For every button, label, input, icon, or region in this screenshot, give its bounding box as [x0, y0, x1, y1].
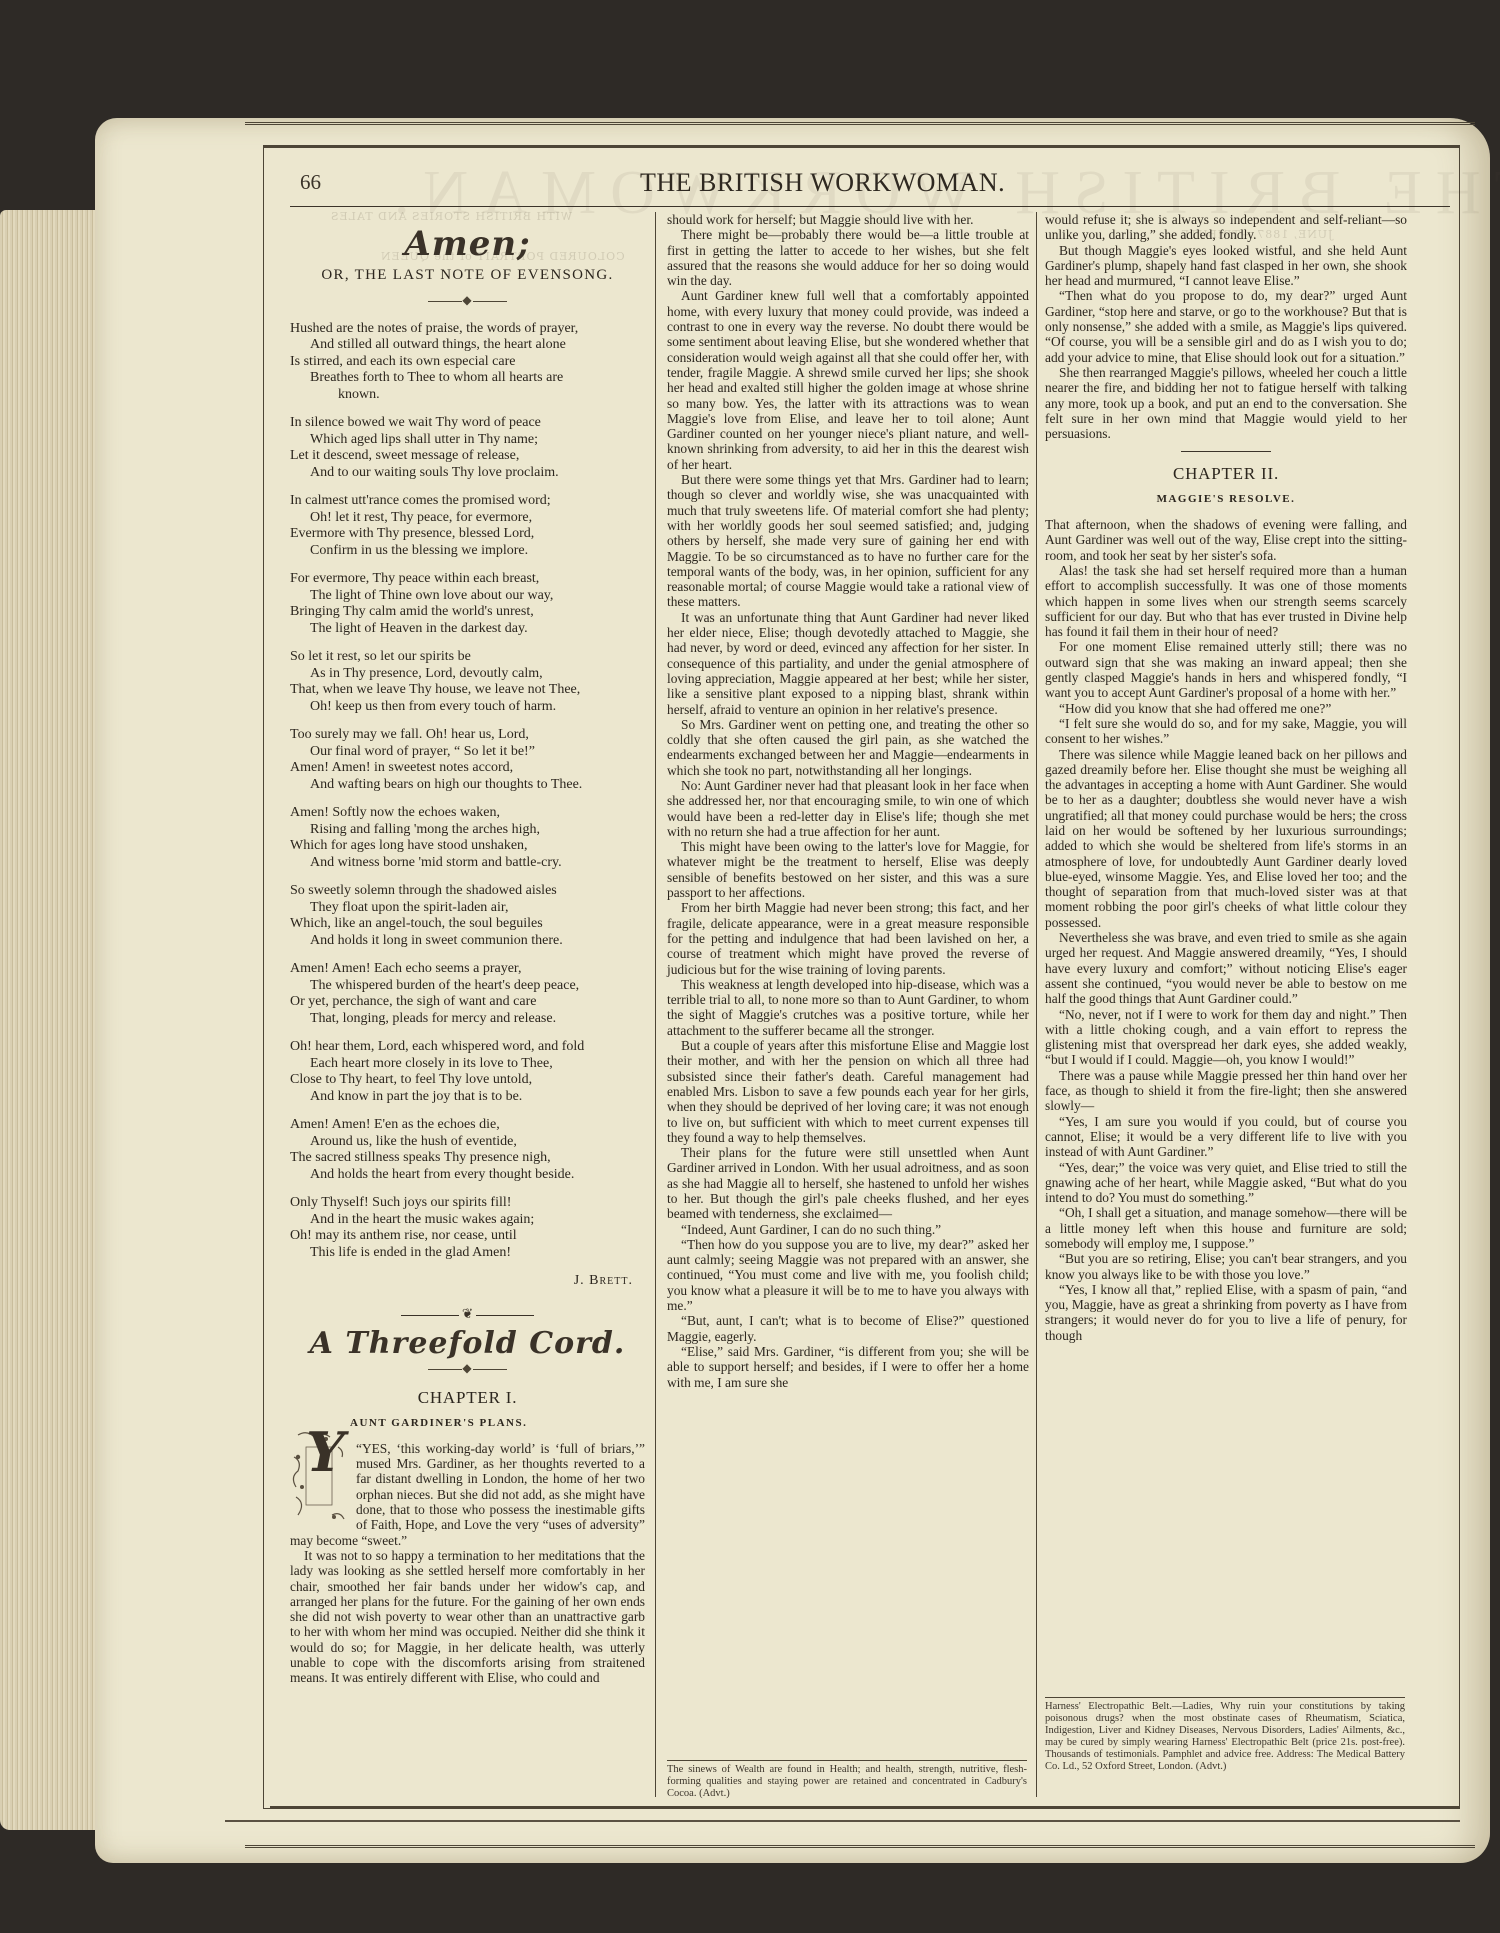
poem-line: Which aged lips shall utter in Thy name;: [290, 432, 645, 449]
poem-stanza: Amen! Softly now the echoes waken,Rising…: [290, 805, 645, 871]
paragraph: “Elise,” said Mrs. Gardiner, “is differe…: [667, 1344, 1029, 1390]
poem-line: Oh! keep us then from every touch of har…: [290, 699, 645, 716]
paragraph: “But you are so retiring, Elise; you can…: [1045, 1251, 1407, 1282]
poem-line: Rising and falling 'mong the arches high…: [290, 822, 645, 839]
paragraph: “Indeed, Aunt Gardiner, I can do no such…: [667, 1222, 1029, 1237]
poem-line: Let it descend, sweet message of release…: [290, 448, 645, 465]
poem-stanza: So let it rest, so let our spirits beAs …: [290, 649, 645, 715]
poem-line: Around us, like the hush of eventide,: [290, 1134, 645, 1151]
poem-line: Which, like an angel-touch, the soul beg…: [290, 916, 645, 933]
paragraph: She then rearranged Maggie's pillows, wh…: [1045, 365, 1407, 441]
poem-line: That, when we leave Thy house, we leave …: [290, 682, 645, 699]
paragraph: No: Aunt Gardiner never had that pleasan…: [667, 778, 1029, 839]
paragraph: But though Maggie's eyes looked wistful,…: [1045, 243, 1407, 289]
poem-author: J. Brett.: [290, 1273, 645, 1288]
poem-stanza: Hushed are the notes of praise, the word…: [290, 321, 645, 404]
paragraph: This might have been owing to the latter…: [667, 839, 1029, 900]
poem-line: That, longing, pleads for mercy and rele…: [290, 1011, 645, 1028]
chapter-subheading: AUNT GARDINER'S PLANS.: [350, 1416, 645, 1431]
poem-stanza: Only Thyself! Such joys our spirits fill…: [290, 1195, 645, 1261]
poem-line: And witness borne 'mid storm and battle-…: [290, 855, 645, 872]
poem-line: As in Thy presence, Lord, devoutly calm,: [290, 666, 645, 683]
poem-stanza: Oh! hear them, Lord, each whispered word…: [290, 1039, 645, 1105]
paragraph: “Yes, dear;” the voice was very quiet, a…: [1045, 1160, 1407, 1206]
column-divider: [1036, 212, 1037, 1797]
chapter-heading: CHAPTER I.: [290, 1390, 645, 1405]
paragraph: Their plans for the future were still un…: [667, 1145, 1029, 1221]
poem-stanza: In calmest utt'rance comes the promised …: [290, 493, 645, 559]
paragraph: “Yes, I am sure you would if you could, …: [1045, 1114, 1407, 1160]
poem-line: Amen! Amen! in sweetest notes accord,: [290, 760, 645, 777]
poem-line: And know in part the joy that is to be.: [290, 1089, 645, 1106]
advert-cadbury: The sinews of Wealth are found in Health…: [667, 1760, 1027, 1800]
story-title: A Threefold Cord.: [290, 1336, 645, 1351]
poem-stanza: For evermore, Thy peace within each brea…: [290, 571, 645, 637]
paragraph: For one moment Elise remained utterly st…: [1045, 639, 1407, 700]
ornament-divider: ❦: [290, 1306, 645, 1321]
paragraph: “Oh, I shall get a situation, and manage…: [1045, 1205, 1407, 1251]
poem-line: In silence bowed we wait Thy word of pea…: [290, 415, 645, 432]
poem-stanza: Amen! Amen! E'en as the echoes die,Aroun…: [290, 1117, 645, 1183]
poem-line: Amen! Amen! Each echo seems a prayer,: [290, 961, 645, 978]
column-divider: [655, 212, 656, 1797]
dropcap-letter: Y: [306, 1445, 345, 1460]
poem-line: Oh! hear them, Lord, each whispered word…: [290, 1039, 645, 1056]
header-rule: [290, 206, 1450, 207]
poem-line: Oh! let it rest, Thy peace, for evermore…: [290, 510, 645, 527]
poem-line: The light of Heaven in the darkest day.: [290, 621, 645, 638]
paragraph: Nevertheless she was brave, and even tri…: [1045, 930, 1407, 1006]
poem-line: Or yet, perchance, the sigh of want and …: [290, 994, 645, 1011]
bottom-rule: [225, 1820, 1460, 1822]
paragraph: There was silence while Maggie leaned ba…: [1045, 747, 1407, 931]
poem-line: The whispered burden of the heart's deep…: [290, 978, 645, 995]
paragraph: But a couple of years after this misfort…: [667, 1038, 1029, 1145]
paragraph: There might be—probably there would be—a…: [667, 227, 1029, 288]
poem-line: So sweetly solemn through the shadowed a…: [290, 883, 645, 900]
paragraph: Alas! the task she had set herself requi…: [1045, 563, 1407, 639]
poem-line: Bringing Thy calm amid the world's unres…: [290, 604, 645, 621]
paragraph: would refuse it; she is always so indepe…: [1045, 212, 1407, 243]
paragraph: “Then what do you propose to do, my dear…: [1045, 288, 1407, 364]
poem-line: And wafting bears on high our thoughts t…: [290, 777, 645, 794]
paragraph: “How did you know that she had offered m…: [1045, 701, 1407, 716]
ornamental-dropcap-icon: Y: [288, 1427, 348, 1529]
paragraph: It was not to so happy a termination to …: [290, 1548, 645, 1686]
ornament-divider: ◆: [290, 1361, 645, 1376]
poem-line: The light of Thine own love about our wa…: [290, 588, 645, 605]
chapter-heading: CHAPTER II.: [1045, 466, 1407, 481]
column-middle: should work for herself; but Maggie shou…: [667, 212, 1029, 1390]
poem-line: Breathes forth to Thee to whom all heart…: [290, 370, 645, 387]
poem-body: Hushed are the notes of praise, the word…: [290, 321, 645, 1262]
poem-line: In calmest utt'rance comes the promised …: [290, 493, 645, 510]
ornament-divider: ◆: [290, 293, 645, 308]
poem-line: Oh! may its anthem rise, nor cease, unti…: [290, 1228, 645, 1245]
paragraph: “Then how do you suppose you are to live…: [667, 1237, 1029, 1313]
poem-line: Hushed are the notes of praise, the word…: [290, 321, 645, 338]
poem-line: Each heart more closely in its love to T…: [290, 1056, 645, 1073]
paragraph: It was an unfortunate thing that Aunt Ga…: [667, 610, 1029, 717]
page-header: 66 THE BRITISH WORKWOMAN.: [300, 170, 1440, 210]
paragraph: So Mrs. Gardiner went on petting one, an…: [667, 717, 1029, 778]
poem-line: And holds it long in sweet communion the…: [290, 933, 645, 950]
poem-line: Amen! Softly now the echoes waken,: [290, 805, 645, 822]
paragraph: This weakness at length developed into h…: [667, 977, 1029, 1038]
poem-line: This life is ended in the glad Amen!: [290, 1245, 645, 1262]
paragraph: That afternoon, when the shadows of even…: [1045, 517, 1407, 563]
paragraph: “But, aunt, I can't; what is to become o…: [667, 1313, 1029, 1344]
poem-stanza: So sweetly solemn through the shadowed a…: [290, 883, 645, 949]
poem-line: And holds the heart from every thought b…: [290, 1167, 645, 1184]
poem-line: Which for ages long have stood unshaken,: [290, 838, 645, 855]
poem-line: The sacred stillness speaks Thy presence…: [290, 1150, 645, 1167]
poem-title: Amen;: [290, 224, 645, 264]
paragraph: There was a pause while Maggie pressed h…: [1045, 1068, 1407, 1114]
poem-stanza: In silence bowed we wait Thy word of pea…: [290, 415, 645, 481]
poem-line: Only Thyself! Such joys our spirits fill…: [290, 1195, 645, 1212]
poem-line: And stilled all outward things, the hear…: [290, 337, 645, 354]
poem-line: And to our waiting souls Thy love procla…: [290, 465, 645, 482]
page-number: 66: [300, 170, 321, 195]
poem-line: Evermore with Thy presence, blessed Lord…: [290, 526, 645, 543]
poem-stanza: Too surely may we fall. Oh! hear us, Lor…: [290, 727, 645, 793]
poem-line: Amen! Amen! E'en as the echoes die,: [290, 1117, 645, 1134]
story-opening: Y “YES, ‘this working-day world’ is ‘ful…: [290, 1441, 645, 1686]
poem-subtitle: OR, THE LAST NOTE OF EVENSONG.: [290, 268, 645, 283]
poem-line: Close to Thy heart, to feel Thy love unt…: [290, 1072, 645, 1089]
poem-line: Too surely may we fall. Oh! hear us, Lor…: [290, 727, 645, 744]
paragraph: From her birth Maggie had never been str…: [667, 900, 1029, 976]
poem-line: So let it rest, so let our spirits be: [290, 649, 645, 666]
poem-line: For evermore, Thy peace within each brea…: [290, 571, 645, 588]
poem-stanza: Amen! Amen! Each echo seems a prayer,The…: [290, 961, 645, 1027]
poem-line: Our final word of prayer, “ So let it be…: [290, 744, 645, 761]
paragraph: “No, never, not if I were to work for th…: [1045, 1007, 1407, 1068]
advert-harness-belt: Harness' Electropathic Belt.—Ladies, Why…: [1045, 1697, 1405, 1773]
poem-line: And in the heart the music wakes again;: [290, 1212, 645, 1229]
paragraph: “I felt sure she would do so, and for my…: [1045, 716, 1407, 747]
chapter-subheading: MAGGIE'S RESOLVE.: [1045, 492, 1407, 507]
paragraph: Aunt Gardiner knew full well that a comf…: [667, 288, 1029, 472]
poem-line: Confirm in us the blessing we implore.: [290, 543, 645, 560]
masthead: THE BRITISH WORKWOMAN.: [640, 168, 1005, 198]
paragraph: “Yes, I know all that,” replied Elise, w…: [1045, 1282, 1407, 1343]
column-right: would refuse it; she is always so indepe…: [1045, 212, 1407, 1343]
poem-line: known.: [290, 387, 645, 404]
column-left: Amen; OR, THE LAST NOTE OF EVENSONG. ◆ H…: [290, 212, 645, 1686]
bottom-rule: [270, 1806, 1460, 1808]
paragraph: But there were some things yet that Mrs.…: [667, 472, 1029, 610]
section-rule: [1181, 451, 1271, 452]
paragraph: should work for herself; but Maggie shou…: [667, 212, 1029, 227]
poem-line: Is stirred, and each its own especial ca…: [290, 354, 645, 371]
poem-line: They float upon the spirit-laden air,: [290, 900, 645, 917]
